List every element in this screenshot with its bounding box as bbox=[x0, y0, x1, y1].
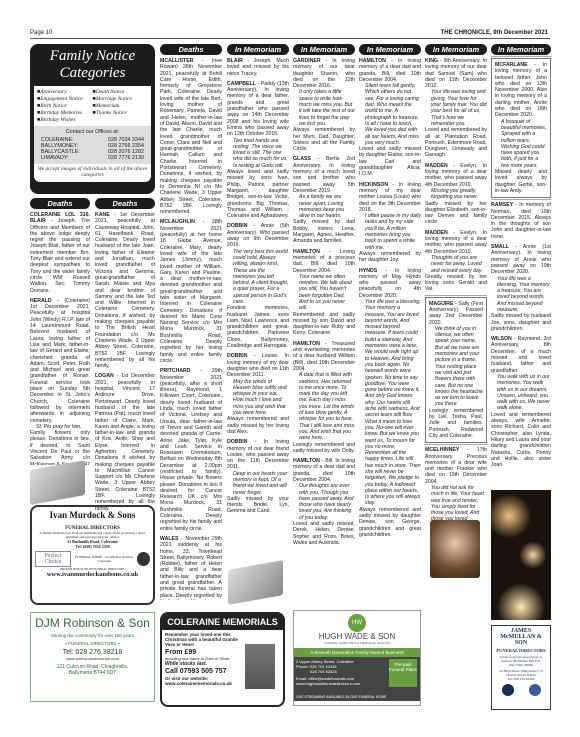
notice-entry: DOBBIN - Annie (5th Anniversary). Who pa… bbox=[227, 223, 289, 349]
section-banner-memoriam: In Memoriam bbox=[227, 44, 289, 55]
notice-surname: KANE bbox=[95, 212, 110, 218]
category-item: Thanks Notice bbox=[93, 110, 149, 116]
notice-surname: HAMILTON bbox=[293, 249, 320, 255]
category-list: Anniversary Death Notice Engagement Noti… bbox=[34, 86, 151, 126]
ad-title: Ivan Murdock & Sons bbox=[35, 510, 150, 520]
section-banner-deaths: Deaths bbox=[95, 198, 155, 209]
section-banner-memoriam: In Memoriam bbox=[491, 44, 551, 55]
notice-text: - (Coleraine) 1st December 2021. Peacefu… bbox=[30, 298, 90, 424]
notice-signoff: Always remembered and sadly missed by he… bbox=[227, 416, 289, 435]
notice-surname: GLASS bbox=[293, 156, 311, 162]
notice-surname: MADDEN bbox=[425, 163, 448, 169]
category-item: Anniversary bbox=[37, 89, 93, 95]
notice-verse: You did not ask for much in life, Your h… bbox=[425, 485, 487, 520]
notice-verse: I often pause in my daily tasks and by m… bbox=[359, 213, 421, 251]
notice-surname: HAMILTON bbox=[293, 341, 320, 347]
notice-entry: GARDINER - In loving memory of our dear … bbox=[293, 58, 355, 152]
ad-title: DJM Robinson & Son bbox=[34, 616, 151, 630]
contact-offices: Contact our Offices at: COLERAINE:028 70… bbox=[34, 126, 151, 164]
notice-surname: WILSON bbox=[491, 336, 512, 342]
bible-image bbox=[30, 460, 85, 505]
notice-verse: You walk with us in our memories, You wa… bbox=[491, 374, 551, 412]
column-memoriam-4: In Memoriam KING - 9th Anniversary. In l… bbox=[425, 44, 487, 520]
prepaid-badge: Pre-paid Funeral Plans bbox=[389, 659, 417, 687]
ad-hugh-wade: HW HUGH WADE & SON FUNERAL DIRECTORS & M… bbox=[293, 610, 421, 706]
notice-entry: HAMILTON - Bill. In loving memory of a d… bbox=[293, 458, 355, 546]
notice-verse: Your life was a blessing, Your memory a … bbox=[491, 276, 551, 314]
headstone-image bbox=[245, 644, 275, 689]
notice-entry: HAMILTON - In loving memory of a dear da… bbox=[359, 58, 421, 178]
office-row: LIMAVADY:028 7776 2130 bbox=[37, 155, 148, 161]
notice-surname: HAMILTON bbox=[293, 458, 320, 464]
notice-signoff: Lovingly remembered and sadly missed by … bbox=[293, 442, 355, 455]
notice-surname: DOBBIN bbox=[227, 353, 247, 359]
notice-verse: May the winds of Heaven blow softly and … bbox=[227, 379, 289, 417]
notice-surname: MAGUIRE bbox=[429, 301, 454, 307]
category-item: Engagement Notice bbox=[37, 96, 93, 102]
categories-title: Family NoticeCategories bbox=[30, 48, 155, 82]
notice-surname: HAMILTON bbox=[359, 58, 386, 64]
notice-verse: Two tired hands are resting. The voice w… bbox=[227, 138, 289, 169]
category-item: Birth Notice bbox=[37, 103, 93, 109]
column-memoriam-2: In Memoriam GARDINER - In loving memory … bbox=[293, 44, 355, 605]
hugh-wade-logo-icon: HW bbox=[348, 614, 366, 632]
ad-title: HUGH WADE & SON bbox=[294, 632, 420, 641]
notice-signoff: Missed dearly and loved always by daught… bbox=[495, 169, 547, 194]
notice-entry: LOGAN - 1st December 2021, peacefully in… bbox=[95, 373, 155, 512]
emblem-icon bbox=[529, 684, 541, 696]
notice-surname: GARDINER bbox=[293, 58, 321, 64]
notice-verse: Your life was a blessing, Your memory a … bbox=[359, 299, 421, 507]
notice-surname: MCALLISTER bbox=[160, 58, 193, 64]
notice-signoff: Greatly missed by her loving sons Gerald… bbox=[425, 274, 487, 293]
ad-title: COLERAINE MEMORIALS bbox=[162, 614, 283, 630]
column-deaths-1: Deaths COLERAINE LOL 310. BLAIR - Joseph… bbox=[30, 198, 90, 465]
notice-entry: KING - 9th Anniversary. In loving memory… bbox=[425, 58, 487, 159]
section-banner-deaths: Deaths bbox=[160, 44, 222, 55]
notice-verse: We think of you in silence, we often spe… bbox=[429, 326, 483, 408]
notice-entry: MCALLISTER - (nee Rowan) 28th November 2… bbox=[160, 58, 222, 215]
ad-website[interactable]: www.ivanmurdockandsons.co.uk bbox=[35, 571, 150, 578]
notice-entry: COLERAINE LOL 310. BLAIR - Joseph. The O… bbox=[30, 212, 90, 294]
notice-text: - Joseph. The Officers and Members of th… bbox=[30, 218, 90, 293]
notice-surname: PRITCHARD bbox=[160, 368, 191, 374]
family-notice-categories: Family NoticeCategories Anniversary Deat… bbox=[30, 44, 155, 194]
notice-entry: HAMILTON - Treasured and everlasting mem… bbox=[293, 341, 355, 454]
notice-text: - In memory of Norman, died 10th Decembe… bbox=[491, 202, 551, 239]
notice-entry: HAMILTON - Loving memories of a precious… bbox=[293, 249, 355, 337]
notice-surname: BLAIR bbox=[227, 58, 243, 64]
notice-text: - Bertie 2nd Anniversary. In loving memo… bbox=[293, 156, 355, 193]
notice-signoff: Lovingly remembered by Liel, Trisha, Pau… bbox=[429, 408, 483, 439]
notice-verse: Your life was loving and giving, Your lo… bbox=[425, 89, 487, 127]
notice-entry: GLASS - Bertie 2nd Anniversary. In lovin… bbox=[293, 156, 355, 244]
column-memoriam-1: In Memoriam BLAIR - Joseph. Much loved a… bbox=[227, 44, 289, 565]
notice-signoff: Sadly missed by her daughter Elizabeth, … bbox=[425, 201, 487, 226]
notice-surname: MCLAUGHLIN bbox=[160, 219, 195, 225]
notice-verse: The very best this world could hold, Alw… bbox=[227, 249, 289, 306]
notice-entry: MCELHINNEY - 17th Anniversary. Precious … bbox=[425, 447, 487, 520]
notice-entry: MADDEN - Evelyn. In loving memory of a d… bbox=[425, 230, 487, 293]
notice-signoff: Sadly missed by dad Bobby, sisters Lena,… bbox=[293, 219, 355, 244]
notice-surname: SMALL bbox=[491, 244, 509, 250]
notice-entry: HICKINSON - In loving memory of my dear … bbox=[359, 182, 421, 264]
notice-signoff: Loved and sadly missed by daughter Elain… bbox=[359, 146, 421, 177]
notice-signoff: Always remembered by her daughter Joy. bbox=[359, 251, 421, 264]
notice-entry: DOBBIN - Louise. In loving memory of my … bbox=[227, 353, 289, 435]
notice-entry: WALES - November 29th 2021 suddenly at h… bbox=[160, 536, 222, 600]
images-note: We accept images of individuals in all o… bbox=[34, 164, 151, 182]
perfect-choice-logo: Perfect Choice bbox=[35, 551, 71, 567]
notice-verse: Missing you greatly, forgetting you neve… bbox=[425, 188, 487, 201]
notice-text: - 29th November 2021 (peacefully, after … bbox=[160, 368, 222, 531]
bible-image bbox=[228, 560, 283, 605]
notice-text: - Raymond. 3rd Anniversary, 8th December… bbox=[491, 336, 551, 373]
header-rule bbox=[30, 38, 550, 39]
bifd-emblem-icon bbox=[137, 552, 150, 566]
notice-entry: WILSON - Raymond. 3rd Anniversary, 8th D… bbox=[491, 336, 551, 468]
notice-surname: RAMSEY bbox=[491, 202, 513, 208]
notice-entry: MCLAUGHLIN - 28th November 2021 (peacefu… bbox=[160, 219, 222, 364]
contact-title: Contact our Offices at: bbox=[37, 129, 148, 135]
notice-text: - In loving memory of a beloved father, … bbox=[495, 62, 547, 118]
notice-entry: BLAIR - Joseph. Much loved and missed by… bbox=[227, 58, 289, 77]
notice-entry: SMALL - Annie (1st Anniversary). In lovi… bbox=[491, 244, 551, 332]
notice-text: - 28th November 2021 (peacefully) at her… bbox=[160, 219, 222, 364]
notice-signoff: Loved and sadly missed, Derek, Helen, De… bbox=[293, 521, 355, 546]
column-deaths-3: Deaths MCALLISTER - (nee Rowan) 28th Nov… bbox=[160, 44, 222, 600]
category-item: Birthday Memories bbox=[37, 110, 93, 116]
category-item: Marriage Notice bbox=[93, 96, 149, 102]
notice-verse: Our thoughts are ever with you, Though y… bbox=[293, 483, 355, 521]
notice-verse: Your name we often mention, We talk abou… bbox=[293, 274, 355, 312]
notice-signoff: Loved and remembered always, wife Annett… bbox=[491, 412, 551, 469]
notice-surname: MADDEN bbox=[425, 230, 448, 236]
notice-entry: HERALD - (Coleraine) 1st December 2021. … bbox=[30, 298, 90, 465]
notice-surname: KING bbox=[425, 58, 438, 64]
notice-verse: As a family we are never apart, Loving m… bbox=[293, 194, 355, 219]
page-header: Page 10 THE CHRONICLE, 9th December 2021 bbox=[0, 30, 580, 44]
page-number: Page 10 bbox=[30, 30, 52, 36]
notice-signoff: Loved and remembered by all at Plantatio… bbox=[425, 127, 487, 158]
notice-signoff: Sadly missed by husband Joe, sons, daugh… bbox=[491, 313, 551, 332]
notice-entry: HYNDS - In loving memory of May Hynds wh… bbox=[359, 268, 421, 539]
memorial-photo bbox=[430, 520, 480, 578]
column-memoriam-5: In Memoriam MCFARLANE - In loving memory… bbox=[491, 44, 551, 490]
notice-text: - November 29th 2021 suddenly at his hom… bbox=[160, 536, 222, 600]
notice-signoff: Fondest memories, husband James, sons Li… bbox=[227, 305, 289, 349]
notice-surname: MCFARLANE bbox=[495, 62, 528, 68]
category-item: Birthday Wishes bbox=[37, 117, 93, 123]
notice-verse: Deep in our hearts your memory is kept, … bbox=[227, 471, 289, 496]
emblem-icon bbox=[502, 684, 514, 696]
section-banner-memoriam: In Memoriam bbox=[359, 44, 421, 55]
column-memoriam-3: In Memoriam HAMILTON - In loving memory … bbox=[359, 44, 421, 605]
notice-verse: A date that is filled with sadness, Has … bbox=[293, 372, 355, 441]
notice-signoff: Always loved and sadly missed by sons Iv… bbox=[227, 169, 289, 219]
notice-entry: PRITCHARD - 29th November 2021 (peaceful… bbox=[160, 368, 222, 532]
notice-entry: DOBBIN - In loving memory of our dear fr… bbox=[227, 439, 289, 515]
notice-surname: CAMPBELL bbox=[227, 81, 256, 87]
notice-verse: Silent tears fall gently, Which others d… bbox=[359, 83, 421, 146]
notice-text: - Paddy (13th Anniversary). In loving me… bbox=[227, 81, 289, 137]
notice-entry: MAGUIRE - Sally (First Anniversary). Pas… bbox=[425, 297, 487, 444]
notice-signoff: Sadly missed by your friends Bridie, Lyn… bbox=[227, 496, 289, 515]
notice-signoff: Always remembered and sadly missed by da… bbox=[359, 507, 421, 538]
notice-verse: It only takes a little space to write ho… bbox=[293, 89, 355, 127]
notice-entry: CAMPBELL - Paddy (13th Anniversary). In … bbox=[227, 81, 289, 220]
ad-title: JAMES McMULLAN & SON bbox=[494, 628, 548, 646]
notice-text: - (nee Rowan) 28th November 2021, peacef… bbox=[160, 58, 222, 215]
publication-title: THE CHRONICLE, 9th December 2021 bbox=[441, 30, 548, 36]
section-banner-memoriam: In Memoriam bbox=[293, 44, 355, 55]
notice-surname: DOBBIN bbox=[227, 223, 247, 229]
notice-entry: KANE - 1st December 2021, peacefully at … bbox=[95, 212, 155, 369]
ad-coleraine-memorials: COLERAINE MEMORIALS Remember your loved … bbox=[160, 612, 285, 707]
notice-surname: HICKINSON bbox=[359, 182, 388, 188]
notice-surname: HERALD bbox=[30, 298, 52, 304]
ad-ivan-murdock: Ivan Murdock & Sons FUNERAL DIRECTORS A … bbox=[30, 505, 155, 605]
section-banner-memoriam: In Memoriam bbox=[425, 44, 487, 55]
notice-surname: LOGAN bbox=[95, 373, 114, 379]
candle-image bbox=[491, 490, 551, 620]
notice-verse: Thoughts of you are never far away, Love… bbox=[425, 255, 487, 274]
notice-verse: A bouquet of beautiful memories, Sprayed… bbox=[495, 119, 547, 169]
notice-text: - 17th Anniversary. Precious memories of… bbox=[425, 447, 487, 484]
notice-signoff: Always remembered by her Mum, Dad, Daugh… bbox=[293, 127, 355, 152]
notice-surname: WALES bbox=[160, 536, 178, 542]
section-banner-deaths: Deaths bbox=[30, 198, 90, 209]
notice-surname: DOBBIN bbox=[227, 439, 247, 445]
category-item: Death Notice bbox=[93, 89, 149, 95]
notice-signoff: Remembered and sadly missed by son David… bbox=[293, 312, 355, 337]
notice-entry: MADDEN - Evelyn. In loving memory of a d… bbox=[425, 163, 487, 226]
ad-djm-robinson: DJM Robinson & Son Serving the community… bbox=[30, 612, 155, 702]
category-item: Memoriam bbox=[93, 103, 149, 109]
notice-text: - 1st December 2021, peacefully at Cause… bbox=[95, 212, 155, 369]
ad-james-mcmullan: JAMES McMULLAN & SON FUNERAL DIRECTORS U… bbox=[491, 625, 551, 710]
notice-entry: RAMSEY - In memory of Norman, died 10th … bbox=[491, 202, 551, 240]
notice-entry: MCFARLANE - In loving memory of a belove… bbox=[491, 58, 551, 198]
notice-text: - 1st December 2021, peacefully in hospi… bbox=[95, 373, 155, 511]
notice-surname: MCELHINNEY bbox=[425, 447, 459, 453]
notice-surname: HYNDS bbox=[359, 268, 377, 274]
